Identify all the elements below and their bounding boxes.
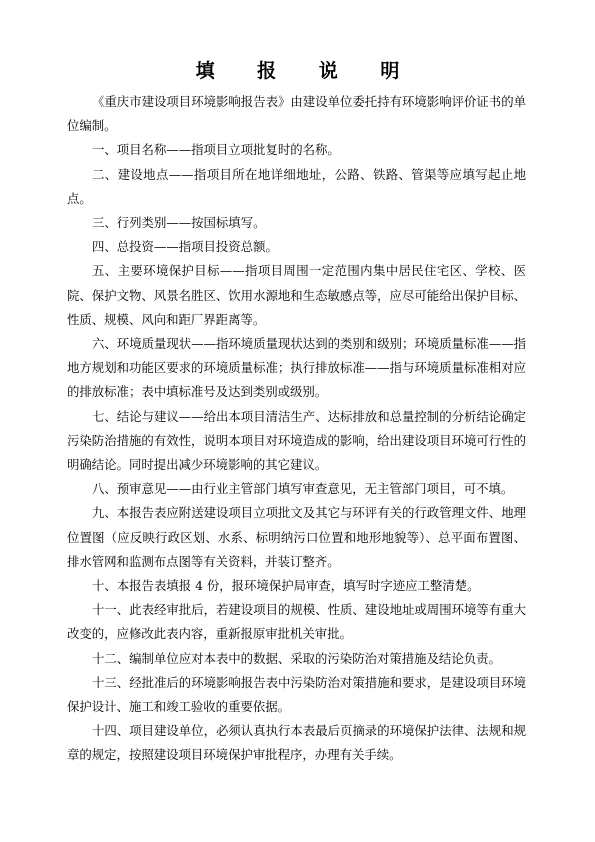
page-title: 填 报 说 明 [0, 58, 595, 84]
paragraph-item-1: 一、项目名称——指项目立项批复时的名称。 [67, 138, 526, 162]
paragraph-item-14: 十四、项目建设单位，必须认真执行本表最后页摘录的环境保护法律、法规和规章的规定，… [67, 719, 526, 767]
paragraph-item-10: 十、本报告表填报 4 份，报环境保护局审查，填写时字迹应工整清楚。 [67, 574, 526, 598]
paragraph-item-11: 十一、此表经审批后，若建设项目的规模、性质、建设地址或周围环境等有重大改变的，应… [67, 598, 526, 646]
paragraph-item-6: 六、环境质量现状——指环境质量现状达到的类别和级别；环境质量标准——指地方规划和… [67, 332, 526, 405]
paragraph-item-12: 十二、编制单位应对本表中的数据、采取的污染防治对策措施及结论负责。 [67, 647, 526, 671]
paragraph-item-2: 二、建设地点——指项目所在地详细地址，公路、铁路、管渠等应填写起止地点。 [67, 163, 526, 211]
paragraph-item-9: 九、本报告表应附送建设项目立项批文及其它与环评有关的行政管理文件、地理位置图（应… [67, 501, 526, 574]
paragraph-item-7: 七、结论与建议——给出本项目清洁生产、达标排放和总量控制的分析结论确定污染防治措… [67, 405, 526, 478]
paragraph-item-3: 三、行列类别——按国标填写。 [67, 211, 526, 235]
paragraph-item-4: 四、总投资——指项目投资总额。 [67, 235, 526, 259]
document-page: 填 报 说 明 《重庆市建设项目环境影响报告表》由建设单位委托持有环境影响评价证… [0, 0, 595, 842]
instructions-body: 《重庆市建设项目环境影响报告表》由建设单位委托持有环境影响评价证书的单位编制。 … [67, 90, 526, 768]
paragraph-item-5: 五、主要环境保护目标——指项目周围一定范围内集中居民住宅区、学校、医院、保护文物… [67, 259, 526, 332]
paragraph-item-8: 八、预审意见——由行业主管部门填写审查意见，无主管部门项目，可不填。 [67, 477, 526, 501]
paragraph-item-13: 十三、经批准后的环境影响报告表中污染防治对策措施和要求，是建设项目环境保护设计、… [67, 671, 526, 719]
paragraph-intro: 《重庆市建设项目环境影响报告表》由建设单位委托持有环境影响评价证书的单位编制。 [67, 90, 526, 138]
